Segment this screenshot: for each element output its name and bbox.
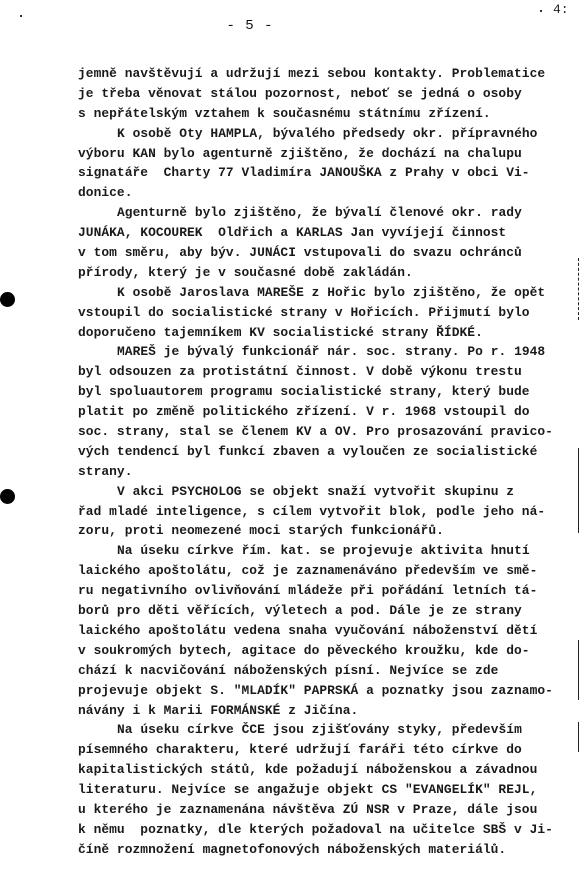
text-line: je třeba věnovat stálou pozornost, neboť… [78,84,578,104]
text-line: byl odsouzen za protistátní činnost. V d… [78,362,578,382]
text-line: číně rozmnožení magnetofonových nábožens… [78,840,578,860]
text-line: literaturu. Nejvíce se angažuje objekt C… [78,780,578,800]
text-line: řad mladé inteligence, s cílem vytvořit … [78,502,578,522]
text-line: JUNÁKA, KOCOUREK Oldřich a KARLAS Jan vy… [78,223,578,243]
folio-number: 4: [553,2,569,17]
text-line: k němu poznatky, dle kterých požadoval n… [78,820,578,840]
text-line: u kterého je zaznamenána návštěva ZÚ NSR… [78,800,578,820]
text-line: projevuje objekt S. "MLADÍK" PAPRSKÁ a p… [78,681,578,701]
text-line: výboru KAN bylo agenturně zjištěno, že d… [78,144,578,164]
text-line: s nepřátelským vztahem k současnému stát… [78,104,578,124]
text-line: donice. [78,183,578,203]
margin-mark [578,258,579,320]
text-line: vstoupil do socialistické strany v Hořic… [78,303,578,323]
text-line: MAREŠ je bývalý funkcionář nár. soc. str… [78,342,578,362]
speck [20,15,22,17]
text-line: doporučeno tajemníkem KV socialistické s… [78,323,578,343]
text-line: zoru, proti neomezené moci starých funkc… [78,521,578,541]
text-line: Agenturně bylo zjištěno, že bývalí členo… [78,203,578,223]
text-line: Na úseku církve řím. kat. se projevuje a… [78,541,578,561]
page-number: - 5 - [0,18,500,34]
text-line: platit po změně politického zřízení. V r… [78,402,578,422]
text-line: signatáře Charty 77 Vladimíra JANOUŠKA z… [78,163,578,183]
text-line: V akci PSYCHOLOG se objekt snaží vytvoři… [78,482,578,502]
margin-mark [578,448,579,533]
text-line: přírody, který je v současné době zaklád… [78,263,578,283]
text-line: strany. [78,462,578,482]
punch-hole [0,292,15,307]
text-line: v soukromých bytech, agitace do pěveckéh… [78,641,578,661]
text-line: jemně navštěvují a udržují mezi sebou ko… [78,64,578,84]
text-line: v tom směru, aby býv. JUNÁCI vstupovali … [78,243,578,263]
text-line: laického apoštolátu, což je zaznamenáván… [78,561,578,581]
body-text: jemně navštěvují a udržují mezi sebou ko… [78,64,578,860]
text-line: písemného charakteru, které udržují fará… [78,740,578,760]
text-line: ru negativního ovlivňování mládeže při p… [78,581,578,601]
text-line: návány i k Marii FORMÁNSKÉ z Jičína. [78,701,578,721]
speck [540,10,542,12]
text-line: vých tendencí byl funkcí zbaven a vylouč… [78,442,578,462]
text-line: byl spoluautorem programu socialistické … [78,382,578,402]
text-line: borů pro děti věřících, výletech a pod. … [78,601,578,621]
text-line: soc. strany, stal se členem KV a OV. Pro… [78,422,578,442]
text-line: chází k nacvičování náboženských písní. … [78,661,578,681]
text-line: Na úseku církve ČCE jsou zjišťovány styk… [78,720,578,740]
text-line: K osobě Oty HAMPLA, bývalého předsedy ok… [78,124,578,144]
text-line: kapitalistických států, kde požadují náb… [78,760,578,780]
document-page: 4: - 5 - jemně navštěvují a udržují mezi… [0,0,588,879]
punch-hole [0,489,15,504]
text-line: laického apoštolátu vedena snaha vyučová… [78,621,578,641]
margin-mark [578,640,579,700]
margin-mark [578,722,579,752]
text-line: K osobě Jaroslava MAREŠE z Hořic bylo zj… [78,283,578,303]
